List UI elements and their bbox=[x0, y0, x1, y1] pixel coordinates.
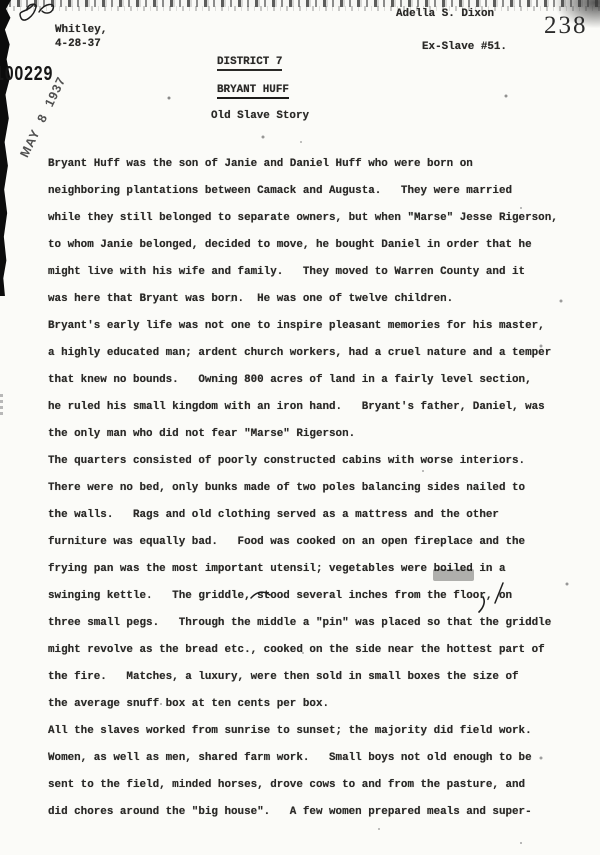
paper-tear-left-edge bbox=[0, 0, 11, 296]
text-line: while they still belonged to separate ow… bbox=[48, 212, 588, 239]
serial-number-stamp: 100229 bbox=[0, 63, 53, 86]
subject-heading: BRYANT HUFF bbox=[217, 84, 289, 99]
text-line: might revolve as the bread etc., cooked … bbox=[48, 644, 588, 671]
document-date: 4-28-37 bbox=[55, 38, 101, 50]
text-line: a highly educated man; ardent church wor… bbox=[48, 347, 588, 374]
text-line: he ruled his small kingdom with an iron … bbox=[48, 401, 588, 428]
text-line: The quarters consisted of poorly constru… bbox=[48, 455, 588, 482]
district-heading: DISTRICT 7 bbox=[217, 56, 282, 71]
text-line: frying pan was the most important utensi… bbox=[48, 563, 588, 590]
overtyped-word-smudge bbox=[433, 569, 474, 581]
document-body: Bryant Huff was the son of Janie and Dan… bbox=[48, 158, 588, 833]
handwritten-comma-mark bbox=[478, 596, 488, 613]
page-number: 238 bbox=[544, 12, 588, 40]
text-line: neighboring plantations between Camack a… bbox=[48, 185, 588, 212]
left-margin-dashes bbox=[0, 394, 3, 418]
paper-speckles bbox=[0, 0, 2, 2]
document-page: Adella S. Dixon 238 Whitley, 4-28-37 Ex-… bbox=[0, 0, 600, 855]
author-name: Whitley, bbox=[55, 24, 107, 36]
handwritten-slash-mark bbox=[492, 582, 506, 605]
text-line: furniture was equally bad. Food was cook… bbox=[48, 536, 588, 563]
text-line: might live with his wife and family. The… bbox=[48, 266, 588, 293]
ex-slave-number: Ex-Slave #51. bbox=[422, 41, 507, 53]
text-line: All the slaves worked from sunrise to su… bbox=[48, 725, 588, 752]
text-line: the fire. Matches, a luxury, were then s… bbox=[48, 671, 588, 698]
text-line: Bryant's early life was not one to inspi… bbox=[48, 320, 588, 347]
text-line: the average snuff box at ten cents per b… bbox=[48, 698, 588, 725]
interviewer-name: Adella S. Dixon bbox=[396, 8, 494, 20]
text-line: the only man who did not fear "Marse" Ri… bbox=[48, 428, 588, 455]
text-line: Women, as well as men, shared farm work.… bbox=[48, 752, 588, 779]
story-subtitle: Old Slave Story bbox=[211, 110, 309, 122]
text-line: was here that Bryant was born. He was on… bbox=[48, 293, 588, 320]
text-line: There were no bed, only bunks made of tw… bbox=[48, 482, 588, 509]
text-line: to whom Janie belonged, decided to move,… bbox=[48, 239, 588, 266]
text-line: sent to the field, minded horses, drove … bbox=[48, 779, 588, 806]
text-line: Bryant Huff was the son of Janie and Dan… bbox=[48, 158, 588, 185]
text-line: that knew no bounds. Owning 800 acres of… bbox=[48, 374, 588, 401]
text-line: swinging kettle. The griddle, stood seve… bbox=[48, 590, 588, 617]
text-line: the walls. Rags and old clothing served … bbox=[48, 509, 588, 536]
text-line: three small pegs. Through the middle a "… bbox=[48, 617, 588, 644]
text-line: did chores around the "big house". A few… bbox=[48, 806, 588, 833]
scan-noise-top-band-2 bbox=[0, 6, 600, 11]
proofreader-swoosh-mark bbox=[250, 588, 272, 600]
